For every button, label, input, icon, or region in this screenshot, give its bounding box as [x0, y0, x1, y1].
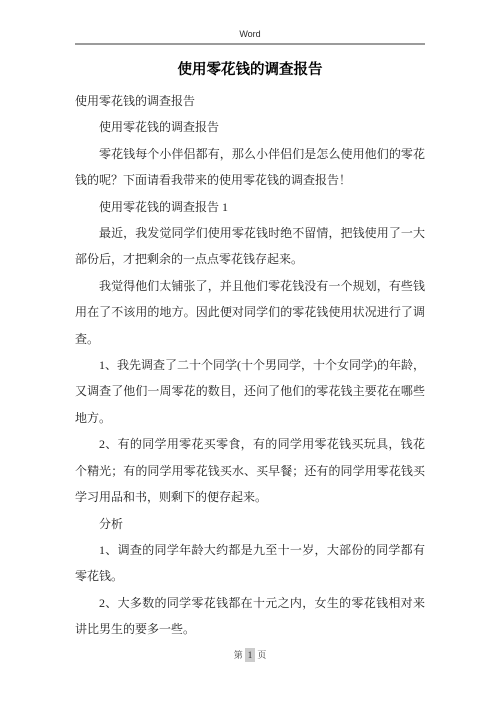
paragraph: 使用零花钱的调查报告 — [75, 88, 425, 114]
document-body: 使用零花钱的调查报告 使用零花钱的调查报告 零花钱每个小伴侣都有，那么小伴侣们是… — [75, 88, 425, 643]
footer-page-prefix: 第 — [234, 650, 243, 660]
page-footer: 第1页 — [0, 648, 500, 662]
document-content: 使用零花钱的调查报告 使用零花钱的调查报告 使用零花钱的调查报告 零花钱每个小伴… — [75, 45, 425, 643]
paragraph: 最近，我发觉同学们使用零花钱时绝不留情，把钱使用了一大部份后，才把剩余的一点点零… — [75, 220, 425, 273]
header-app-label: Word — [239, 26, 260, 43]
paragraph-list-item: 1、调查的同学年龄大约都是九至十一岁，大部份的同学都有零花钱。 — [75, 537, 425, 590]
paragraph-list-item: 2、大多数的同学零花钱都在十元之内，女生的零花钱相对来讲比男生的要多一些。 — [75, 590, 425, 643]
footer-page-suffix: 页 — [257, 650, 266, 660]
paragraph-analysis-heading: 分析 — [75, 511, 425, 537]
paragraph-section-heading: 使用零花钱的调查报告 1 — [75, 194, 425, 220]
footer-page-number-field: 1 — [245, 648, 256, 662]
paragraph-list-item: 1、我先调查了二十个同学(十个男同学，十个女同学)的年龄，又调查了他们一周零花的… — [75, 352, 425, 431]
document-page: Word 使用零花钱的调查报告 使用零花钱的调查报告 使用零花钱的调查报告 零花… — [0, 0, 500, 707]
paragraph: 使用零花钱的调查报告 — [75, 114, 425, 140]
document-title: 使用零花钱的调查报告 — [75, 58, 425, 82]
page-header: Word — [75, 0, 425, 45]
paragraph: 零花钱每个小伴侣都有，那么小伴侣们是怎么使用他们的零花钱的呢？下面请看我带来的使… — [75, 141, 425, 194]
paragraph-list-item: 2、有的同学用零花买零食，有的同学用零花钱买玩具，钱花个精光；有的同学用零花钱买… — [75, 431, 425, 510]
paragraph: 我觉得他们太铺张了，并且他们零花钱没有一个规划，有些钱用在了不该用的地方。因此便… — [75, 273, 425, 352]
